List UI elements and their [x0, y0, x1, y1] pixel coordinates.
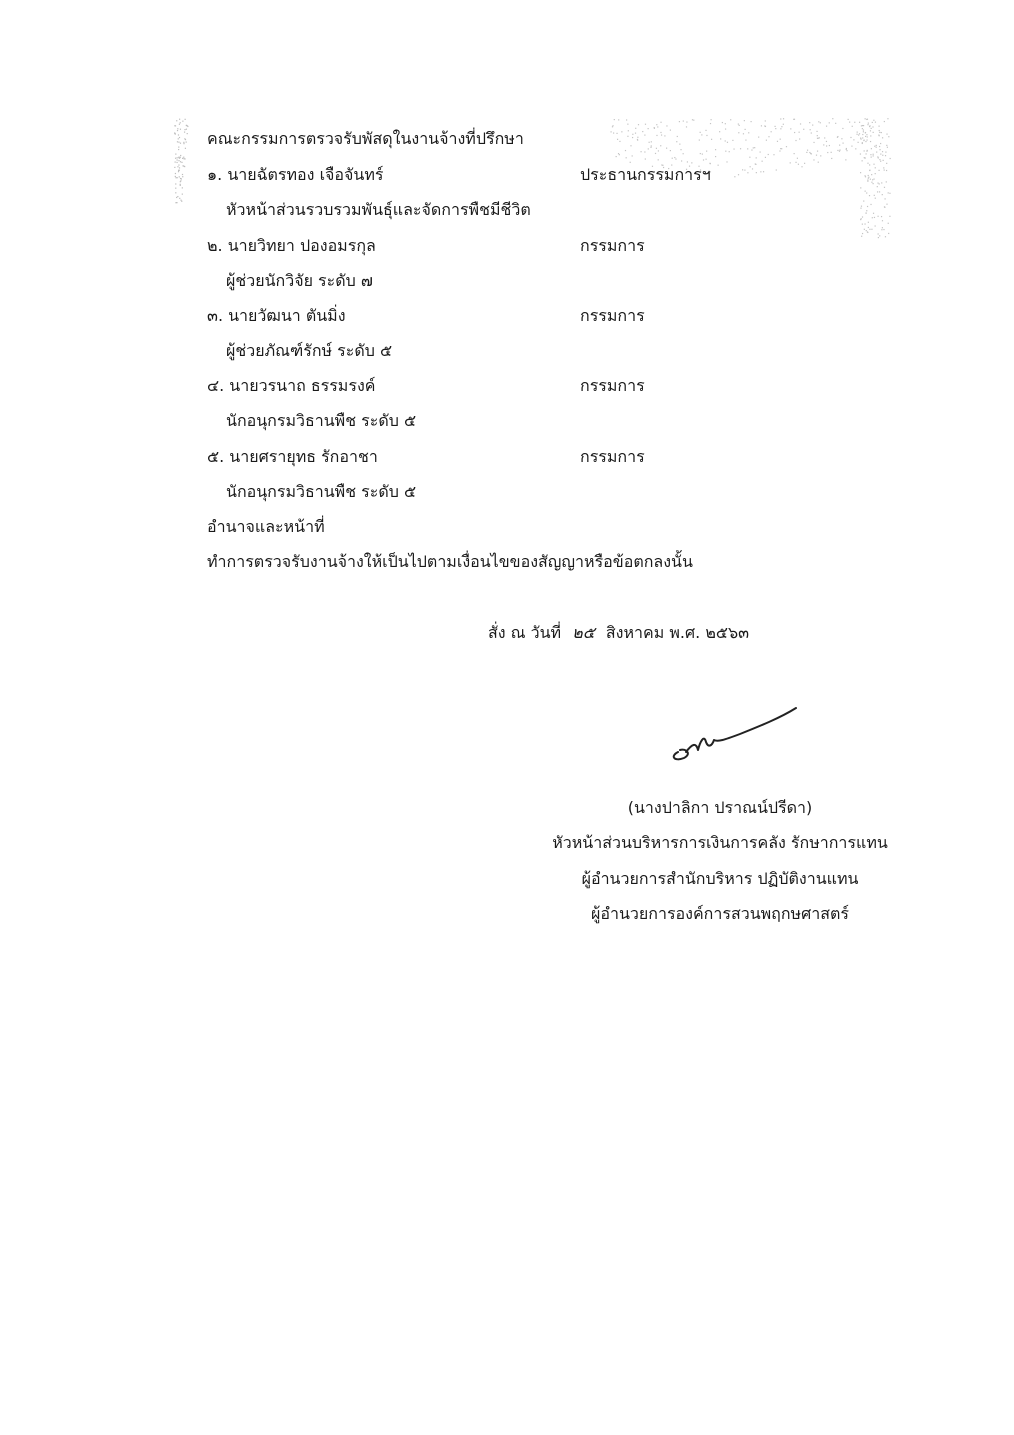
signature-mark — [640, 690, 820, 770]
signatory-title-3: ผู้อำนวยการองค์การสวนพฤกษศาสตร์ — [540, 903, 900, 925]
order-date: สั่ง ณ วันที่ ๒๕ สิงหาคม พ.ศ. ๒๕๖๓ — [488, 622, 749, 644]
member-4-name: ๔. นายวรนาถ ธรรมรงค์ — [207, 375, 375, 397]
duties-text: ทำการตรวจรับงานจ้างให้เป็นไปตามเงื่อนไขข… — [207, 551, 693, 573]
member-4-role: กรรมการ — [580, 375, 645, 397]
member-2-name: ๒. นายวิทยา ปองอมรกุล — [207, 235, 376, 257]
signatory-title-2: ผู้อำนวยการสำนักบริหาร ปฏิบัติงานแทน — [540, 868, 900, 890]
committee-title: คณะกรรมการตรวจรับพัสดุในงานจ้างที่ปรึกษา — [207, 128, 524, 150]
duties-heading: อำนาจและหน้าที่ — [207, 516, 325, 538]
member-5-name: ๕. นายศรายุทธ รักอาชา — [207, 446, 378, 468]
signatory-name: (นางปาลิกา ปราณน์ปรีดา) — [540, 797, 900, 819]
member-5-position: นักอนุกรมวิธานพืช ระดับ ๕ — [226, 481, 416, 503]
member-1-role: ประธานกรรมการฯ — [580, 164, 711, 186]
scan-noise-left — [170, 118, 200, 208]
member-2-position: ผู้ช่วยนักวิจัย ระดับ ๗ — [226, 270, 373, 292]
member-3-name: ๓. นายวัฒนา ตันมิ่ง — [207, 305, 346, 327]
date-day: ๒๕ — [572, 623, 595, 642]
member-2-role: กรรมการ — [580, 235, 645, 257]
member-4-position: นักอนุกรมวิธานพืช ระดับ ๕ — [226, 410, 416, 432]
member-3-role: กรรมการ — [580, 305, 645, 327]
signatory-title-1: หัวหน้าส่วนบริหารการเงินการคลัง รักษาการ… — [540, 832, 900, 854]
member-3-position: ผู้ช่วยภัณฑ์รักษ์ ระดับ ๕ — [226, 340, 392, 362]
member-1-position: หัวหน้าส่วนรวบรวมพันธุ์และจัดการพืชมีชีว… — [226, 199, 531, 221]
member-5-role: กรรมการ — [580, 446, 645, 468]
date-prefix: สั่ง ณ วันที่ — [488, 623, 561, 642]
member-1-name: ๑. นายฉัตรทอง เจือจันทร์ — [207, 164, 383, 186]
document-page: คณะกรรมการตรวจรับพัสดุในงานจ้างที่ปรึกษา… — [0, 0, 1014, 1435]
date-rest: สิงหาคม พ.ศ. ๒๕๖๓ — [606, 623, 749, 642]
